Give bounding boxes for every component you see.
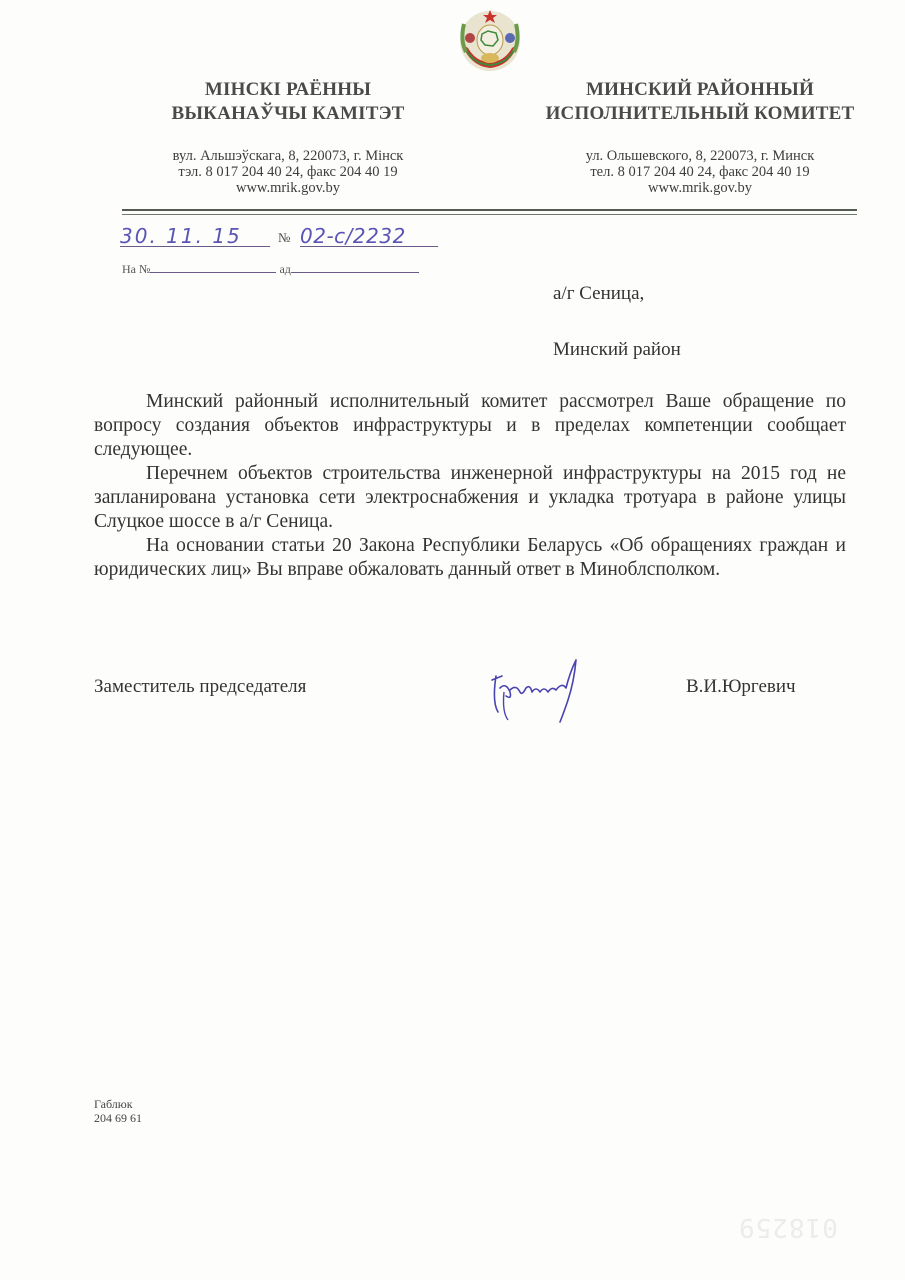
signatory-name: В.И.Юргевич bbox=[686, 676, 796, 698]
ref-number-label: На № bbox=[122, 262, 150, 276]
website-by: www.mrik.gov.by bbox=[118, 180, 458, 196]
reference-line: На № ад bbox=[122, 262, 419, 277]
outgoing-number: 02-с/2232 bbox=[300, 224, 406, 248]
website-ru: www.mrik.gov.by bbox=[520, 180, 880, 196]
phones-ru: тел. 8 017 204 40 24, факс 204 40 19 bbox=[520, 164, 880, 180]
recipient-line2: Минский район bbox=[553, 339, 681, 361]
address-ru: ул. Ольшевского, 8, 220073, г. Минск bbox=[520, 148, 880, 164]
belarus-coat-of-arms-icon bbox=[452, 4, 528, 74]
body-paragraph: На основании статьи 20 Закона Республики… bbox=[94, 534, 846, 582]
ref-number-blank bbox=[150, 262, 276, 273]
ref-from-label: ад bbox=[279, 262, 290, 276]
header-russian: МИНСКИЙ РАЙОННЫЙ ИСПОЛНИТЕЛЬНЫЙ КОМИТЕТ … bbox=[520, 78, 880, 196]
handwritten-signature-icon bbox=[480, 652, 590, 732]
executor-info: Габлюк 204 69 61 bbox=[94, 1097, 142, 1125]
body-paragraph: Перечнем объектов строительства инженерн… bbox=[94, 462, 846, 534]
org-name-ru-line1: МИНСКИЙ РАЙОННЫЙ bbox=[520, 78, 880, 102]
executor-name: Габлюк bbox=[94, 1097, 142, 1111]
outgoing-number-field: 02-с/2232 bbox=[300, 224, 438, 247]
org-name-ru-line2: ИСПОЛНИТЕЛЬНЫЙ КОМИТЕТ bbox=[520, 102, 880, 126]
phones-by: тэл. 8 017 204 40 24, факс 204 40 19 bbox=[118, 164, 458, 180]
header-belarusian: МІНСКІ РАЁННЫ ВЫКАНАЎЧЫ КАМІТЭТ вул. Аль… bbox=[118, 78, 458, 196]
letter-body: Минский районный исполнительный комитет … bbox=[94, 390, 846, 582]
number-label: № bbox=[278, 230, 290, 246]
header-divider bbox=[122, 209, 857, 211]
outgoing-date-field: 30. 11. 15 bbox=[120, 224, 270, 247]
outgoing-date: 30. 11. 15 bbox=[120, 224, 242, 248]
ref-date-blank bbox=[291, 262, 419, 273]
signatory-position: Заместитель председателя bbox=[94, 676, 306, 698]
header-divider-thin bbox=[122, 214, 857, 215]
executor-phone: 204 69 61 bbox=[94, 1111, 142, 1125]
address-by: вул. Альшэўскага, 8, 220073, г. Мінск bbox=[118, 148, 458, 164]
body-paragraph: Минский районный исполнительный комитет … bbox=[94, 390, 846, 462]
org-name-by-line2: ВЫКАНАЎЧЫ КАМІТЭТ bbox=[118, 102, 458, 126]
recipient-line1: а/г Сеница, bbox=[553, 283, 644, 305]
org-name-by-line1: МІНСКІ РАЁННЫ bbox=[118, 78, 458, 102]
form-serial-number: 018259 bbox=[738, 1212, 838, 1242]
